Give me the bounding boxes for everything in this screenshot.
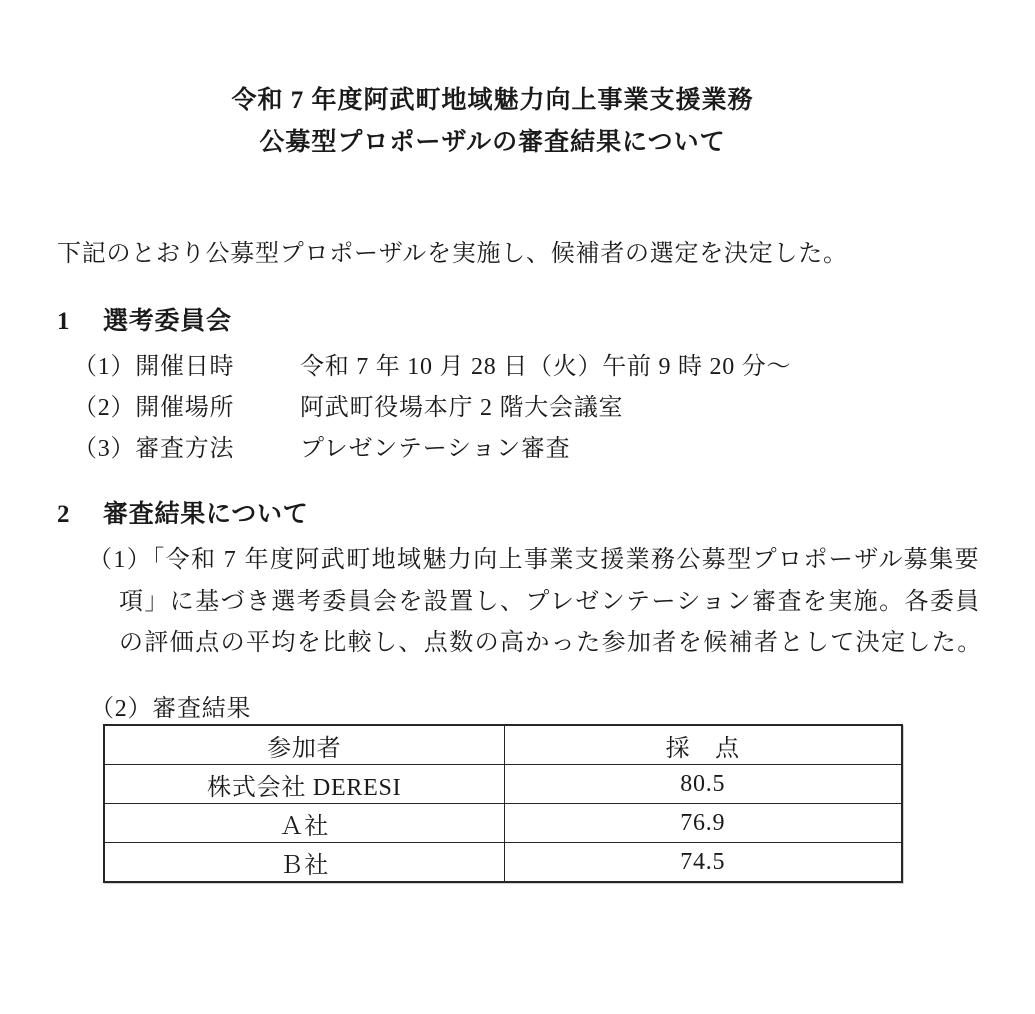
cell-score: 74.5 [504,843,902,883]
document-title-line-1: 令和 7 年度阿武町地域魅力向上事業支援業務 [0,84,985,118]
list-item: （1）開催日時 令和 7 年 10 月 28 日（火）午前 9 時 20 分～ [73,347,791,388]
item-label-datetime: （1）開催日時 [73,347,300,388]
cell-score: 80.5 [504,765,902,804]
section2-heading-text: 審査結果について [103,498,309,532]
item-label-method: （3）審査方法 [73,429,300,470]
item-value-datetime: 令和 7 年 10 月 28 日（火）午前 9 時 20 分～ [300,347,791,388]
section1-item-list: （1）開催日時 令和 7 年 10 月 28 日（火）午前 9 時 20 分～ … [73,347,791,470]
list-item: （2）開催場所 阿武町役場本庁 2 階大会議室 [73,388,791,429]
section1-heading-text: 選考委員会 [103,305,232,339]
section1-number: 1 [57,305,103,339]
cell-participant: 株式会社 DERESI [104,765,504,804]
item-value-location: 阿武町役場本庁 2 階大会議室 [300,388,623,429]
section1-heading: 1 選考委員会 [57,305,232,339]
section2-number: 2 [57,498,103,532]
table-header-row: 参加者 採 点 [104,725,902,765]
table-row: Ａ社 76.9 [104,804,902,843]
cell-participant: Ｂ社 [104,843,504,883]
cell-participant: Ａ社 [104,804,504,843]
paragraph-line: （1）「令和 7 年度阿武町地域魅力向上事業支援業務公募型プロポーザル募集要 [0,540,1000,582]
document-title-line-2: 公募型プロポーザルの審査結果について [0,126,985,160]
cell-score: 76.9 [504,804,902,843]
result-table-label: （2）審査結果 [90,692,251,726]
item-label-location: （2）開催場所 [73,388,300,429]
list-item: （3）審査方法 プレゼンテーション審査 [73,429,791,470]
document-page: 令和 7 年度阿武町地域魅力向上事業支援業務 公募型プロポーザルの審査結果につい… [0,0,1035,1014]
table-row: Ｂ社 74.5 [104,843,902,883]
table-row: 株式会社 DERESI 80.5 [104,765,902,804]
section2-paragraph: （1）「令和 7 年度阿武町地域魅力向上事業支援業務公募型プロポーザル募集要 項… [0,540,1000,665]
item-value-method: プレゼンテーション審査 [300,429,570,470]
paragraph-line: の評価点の平均を比較し、点数の高かった参加者を候補者として決定した。 [0,623,1000,665]
header-participant: 参加者 [104,725,504,765]
paragraph-line: 項」に基づき選考委員会を設置し、プレゼンテーション審査を実施。各委員 [0,582,1000,624]
score-table: 参加者 採 点 株式会社 DERESI 80.5 Ａ社 76.9 Ｂ社 74.5 [103,724,903,883]
intro-paragraph: 下記のとおり公募型プロポーザルを実施し、候補者の選定を決定した。 [57,237,848,271]
header-score: 採 点 [504,725,902,765]
section2-heading: 2 審査結果について [57,498,309,532]
